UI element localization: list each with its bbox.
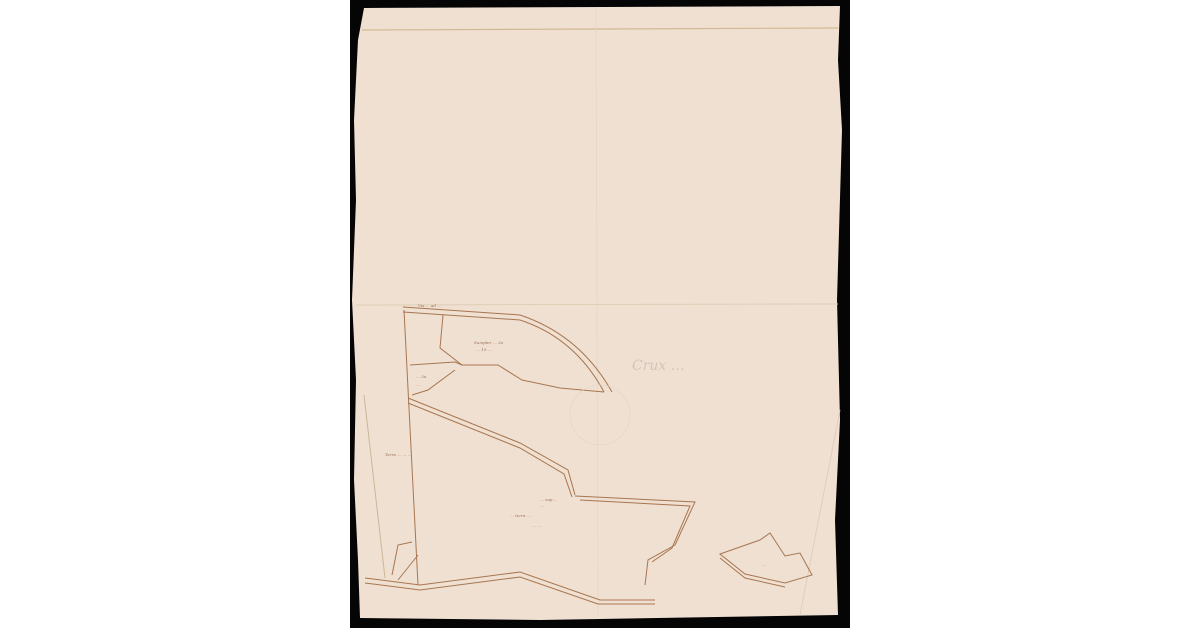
top-border-label: Via … ad … <box>418 303 441 308</box>
parcel-label: … 3a <box>416 374 426 379</box>
parcel-sublabel: … <box>540 503 544 508</box>
faint-stamp: Crux … <box>632 358 685 374</box>
parcel-label: … <box>762 562 766 567</box>
side-note: Terra … … … <box>385 452 412 457</box>
manuscript-map <box>0 0 1200 628</box>
parcel-label: … terra … <box>510 513 531 518</box>
parcel-label: Sumpter … 3a <box>474 340 503 345</box>
parcel-sublabel: … 19 … <box>476 347 492 352</box>
parcel-sublabel: … <box>416 382 420 387</box>
parcel-label: … sup … <box>540 497 558 502</box>
parcel-sublabel: … … <box>532 523 541 528</box>
